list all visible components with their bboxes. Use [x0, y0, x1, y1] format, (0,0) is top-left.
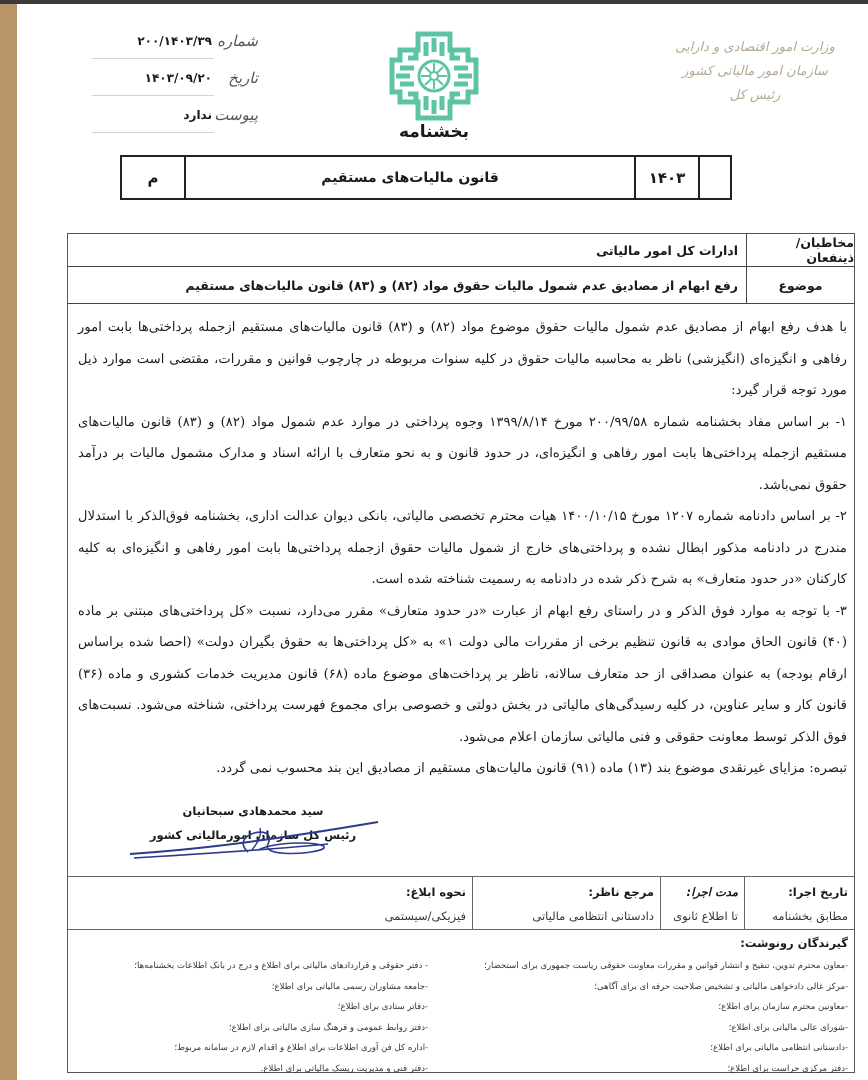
reference-date: ۱۴۰۳/۰۹/۲۰ [145, 71, 212, 85]
notice-method-cell: نحوه ابلاغ: فیزیکی/سیستمی [68, 877, 472, 929]
circular-text: با هدف رفع ابهام از مصادیق عدم شمول مالی… [68, 304, 854, 785]
subject-row: موضوع رفع ابهام از مصادیق عدم شمول مالیا… [68, 267, 854, 304]
reference-attachment-row: ندارد پیوست [88, 102, 258, 139]
clause-2: ۲- بر اساس دادنامه شماره ۱۲۰۷ مورخ ۱۴۰۰/… [78, 501, 847, 596]
reference-date-label: تاریخ [228, 69, 258, 87]
supervisor-cell: مرجع ناظر: دادستانی انتظامی مالیاتی [472, 877, 660, 929]
cc-item: -شورای عالی مالیاتی برای اطلاع؛ [438, 1018, 848, 1039]
title-bar: ۱۴۰۳ قانون مالیات‌های مستقیم م [120, 155, 732, 200]
signature-icon [128, 814, 388, 874]
ministry-line: سازمان امور مالیاتی کشور [650, 60, 860, 84]
cc-item: -دفتر مرکزی حراست برای اطلاع؛ [438, 1059, 848, 1080]
title-bar-blank-cell [698, 157, 730, 198]
execution-date-label: تاریخ اجرا: [745, 881, 848, 905]
cc-item: -معاون محترم تدوین، تنقیح و انتشار قوانی… [438, 956, 848, 977]
reference-number: ۲۰۰/۱۴۰۳/۳۹ [137, 34, 212, 48]
cc-column-right: -معاون محترم تدوین، تنقیح و انتشار قوانی… [438, 956, 848, 1079]
notice-method-label: نحوه ابلاغ: [68, 881, 466, 905]
subject-value: رفع ابهام از مصادیق عدم شمول مالیات حقوق… [68, 267, 746, 303]
reference-attachment: ندارد [183, 108, 212, 122]
note-paragraph: تبصره: مزایای غیرنقدی موضوع بند (۱۳) ماد… [78, 753, 847, 785]
title-bar-year: ۱۴۰۳ [634, 157, 698, 198]
reference-attachment-label: پیوست [214, 106, 258, 124]
subject-label: موضوع [746, 267, 854, 303]
addressee-value: ادارات کل امور مالیاتی [68, 234, 746, 266]
binder-strip [0, 4, 17, 1080]
ministry-line: وزارت امور اقتصادی و دارایی [650, 36, 860, 60]
execution-info-row: تاریخ اجرا: مطابق بخشنامه مدت اجرا: تا ا… [68, 876, 854, 930]
execution-date-value: مطابق بخشنامه [745, 905, 848, 927]
tax-organization-logo-icon [388, 30, 480, 122]
duration-cell: مدت اجرا: تا اطلاع ثانوی [660, 877, 744, 929]
cc-item: -معاونین محترم سازمان برای اطلاع؛ [438, 997, 848, 1018]
intro-paragraph: با هدف رفع ابهام از مصادیق عدم شمول مالی… [78, 312, 847, 407]
cc-item: -مرکز عالی دادخواهی مالیاتی و تشخیص صلاح… [438, 977, 848, 998]
clause-1: ۱- بر اساس مفاد بخشنامه شماره ۲۰۰/۹۹/۵۸ … [78, 407, 847, 502]
addressee-label: مخاطبان/ ذینفعان [746, 234, 854, 266]
execution-date-cell: تاریخ اجرا: مطابق بخشنامه [744, 877, 854, 929]
supervisor-value: دادستانی انتظامی مالیاتی [473, 905, 654, 927]
notice-method-value: فیزیکی/سیستمی [68, 905, 466, 927]
cc-item: - دفتر حقوقی و قراردادهای مالیاتی برای ا… [134, 956, 428, 977]
duration-value: تا اطلاع ثانوی [661, 905, 738, 927]
cc-recipients: گیرندگان رونوشت: -معاون محترم تدوین، تنق… [68, 932, 854, 1079]
reference-block: ۲۰۰/۱۴۰۳/۳۹ شماره ۱۴۰۳/۰۹/۲۰ تاریخ ندارد… [88, 28, 258, 139]
top-edge [0, 0, 868, 4]
divider [92, 58, 214, 59]
divider [92, 95, 214, 96]
supervisor-label: مرجع ناظر: [473, 881, 654, 905]
cc-item: -جامعه مشاوران رسمی مالیاتی برای اطلاع؛ [134, 977, 428, 998]
cc-item: -دفتر فنی و مدیریت ریسک مالیاتی برای اطل… [134, 1059, 428, 1080]
reference-date-row: ۱۴۰۳/۰۹/۲۰ تاریخ [88, 65, 258, 102]
cc-title: گیرندگان رونوشت: [68, 936, 848, 956]
cc-item: -دفتر روابط عمومی و فرهنگ سازی مالیاتی ب… [134, 1018, 428, 1039]
reference-number-row: ۲۰۰/۱۴۰۳/۳۹ شماره [88, 28, 258, 65]
ministry-line: رئیس کل [650, 84, 860, 108]
document-type-title: بخشنامه [378, 122, 490, 142]
cc-item: -اداره کل فن آوری اطلاعات برای اطلاع و ا… [134, 1038, 428, 1059]
addressee-row: مخاطبان/ ذینفعان ادارات کل امور مالیاتی [68, 234, 854, 267]
duration-label: مدت اجرا: [661, 881, 738, 905]
circular-body-frame: مخاطبان/ ذینفعان ادارات کل امور مالیاتی … [67, 233, 855, 1073]
ministry-heading: وزارت امور اقتصادی و دارایی سازمان امور … [650, 36, 860, 108]
reference-number-label: شماره [217, 32, 258, 50]
divider [92, 132, 214, 133]
clause-3: ۳- با توجه به موارد فوق الذکر و در راستا… [78, 596, 847, 754]
cc-columns: -معاون محترم تدوین، تنقیح و انتشار قوانی… [68, 956, 848, 1079]
cc-item: -دفاتر ستادی برای اطلاع؛ [134, 997, 428, 1018]
cc-column-left: - دفتر حقوقی و قراردادهای مالیاتی برای ا… [134, 956, 438, 1079]
title-bar-code: م [122, 157, 184, 198]
title-bar-law: قانون مالیات‌های مستقیم [184, 157, 634, 198]
cc-item: -دادستانی انتظامی مالیاتی برای اطلاع؛ [438, 1038, 848, 1059]
